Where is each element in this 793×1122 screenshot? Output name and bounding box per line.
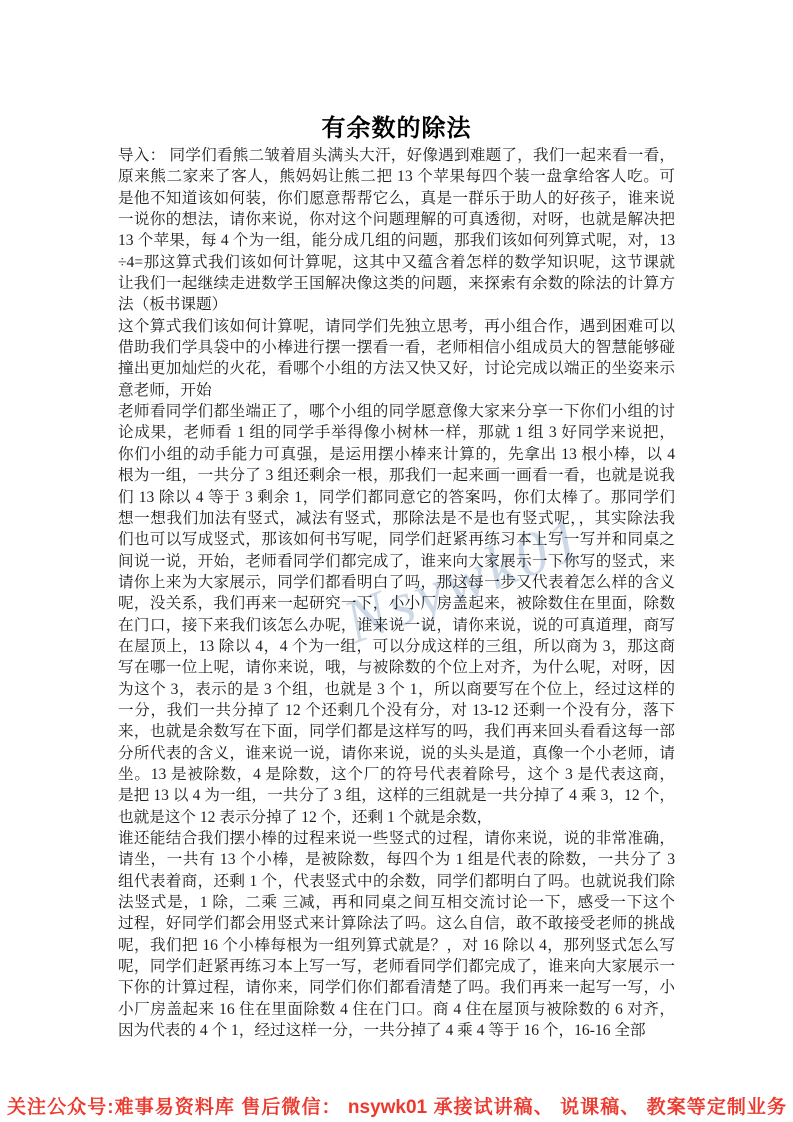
text-line: 13 个苹果，每 4 个为一组，能分成几组的问题，那我们该如何列算式呢，对，13 xyxy=(118,230,675,251)
text-line: 这个算式我们该如何计算呢，请同学们先独立思考，再小组合作，遇到困难可以 xyxy=(118,316,675,337)
text-line: 是他不知道该如何装，你们愿意帮帮它么，真是一群乐于助人的好孩子，谁来说 xyxy=(118,188,675,209)
footer-promo-text: 关注公众号:难事易资料库 售后微信： nsywk01 承接试讲稿、 说课稿、 教… xyxy=(7,1092,786,1119)
text-line: 是把 13 以 4 为一组，一共分了 3 组，这样的三组就是一共分掉了 4 乘 … xyxy=(118,785,675,806)
text-line: 坐。13 是被除数，4 是除数，这个厂的符号代表着除号，这个 3 是代表这商， xyxy=(118,764,675,785)
text-line: 呢，我们把 16 个小棒每根为一组列算式就是？，对 16 除以 4，那列竖式怎么… xyxy=(118,935,675,956)
text-line: 下你的计算过程，请你来，同学们你们都看清楚了吗。我们再来一起写一写，小 xyxy=(118,977,675,998)
text-line: 过程，好同学们都会用竖式来计算除法了吗。这么自信，敢不敢接受老师的挑战 xyxy=(118,913,675,934)
text-line: 呢，同学们赶紧再练习本上写一写，老师看同学们都完成了，谁来向大家展示一 xyxy=(118,956,675,977)
text-line: 请你上来为大家展示，同学们都看明白了吗，那这每一步又代表着怎么样的含义 xyxy=(118,572,675,593)
text-line: 导入： 同学们看熊二皱着眉头满头大汗，好像遇到难题了，我们一起来看一看， xyxy=(118,145,675,166)
paragraph: 老师看同学们都坐端正了，哪个小组的同学愿意像大家来分享一下你们小组的讨论成果，老… xyxy=(118,401,675,828)
text-line: 论成果，老师看 1 组的同学手举得像小树林一样，那就 1 组 3 好同学来说把， xyxy=(118,422,675,443)
text-line: 请坐，一共有 13 个小棒，是被除数，每四个为 1 组是代表的除数，一共分了 3 xyxy=(118,849,675,870)
text-line: 间说一说，开始，老师看同学们都完成了，谁来向大家展示一下你写的竖式，来 xyxy=(118,551,675,572)
page-title: 有余数的除法 xyxy=(0,108,793,143)
text-line: 为这个 3，表示的是 3 个组，也就是 3 个 1，所以商要写在个位上，经过这样… xyxy=(118,679,675,700)
text-line: 老师看同学们都坐端正了，哪个小组的同学愿意像大家来分享一下你们小组的讨 xyxy=(118,401,675,422)
text-line: 你们小组的动手能力可真强，是运用摆小棒来计算的，先拿出 13 根小棒，以 4 xyxy=(118,444,675,465)
paragraph: 谁还能结合我们摆小棒的过程来说一些竖式的过程，请你来说，说的非常准确，请坐，一共… xyxy=(118,828,675,1041)
paragraph: 这个算式我们该如何计算呢，请同学们先独立思考，再小组合作，遇到困难可以借助我们学… xyxy=(118,316,675,401)
text-line: 撞出更加灿烂的火花，看哪个小组的方法又快又好，讨论完成以端正的坐姿来示 xyxy=(118,358,675,379)
text-line: 们也可以写成竖式，那该如何书写呢，同学们赶紧再练习本上写一写并和同桌之 xyxy=(118,529,675,550)
text-line: 也就是这个 12 表示分掉了 12 个，还剩 1 个就是余数， xyxy=(118,807,675,828)
text-line: 法（板书课题） xyxy=(118,294,675,315)
text-line: 因为代表的 4 个 1，经过这样一分，一共分掉了 4 乘 4 等于 16 个，1… xyxy=(118,1020,675,1041)
document-page: Nsywk01 有余数的除法 导入： 同学们看熊二皱着眉头满头大汗，好像遇到难题… xyxy=(0,0,793,1122)
text-line: 写在哪一位上呢，请你来说，哦，与被除数的个位上对齐，为什么呢，对呀，因 xyxy=(118,657,675,678)
paragraph: 导入： 同学们看熊二皱着眉头满头大汗，好像遇到难题了，我们一起来看一看，原来熊二… xyxy=(118,145,675,316)
text-line: 让我们一起继续走进数学王国解决像这类的问题，来探索有余数的除法的计算方 xyxy=(118,273,675,294)
text-line: 法竖式是，1 除，二乘 三减，再和同桌之间互相交流讨论一下，感受一下这个 xyxy=(118,892,675,913)
text-line: 分所代表的含义，谁来说一说，请你来说，说的头头是道，真像一个小老师，请 xyxy=(118,743,675,764)
text-line: 呢，没关系，我们再来一起研究一下，小小厂房盖起来，被除数住在里面，除数 xyxy=(118,593,675,614)
text-line: 借助我们学具袋中的小棒进行摆一摆看一看，老师相信小组成员大的智慧能够碰 xyxy=(118,337,675,358)
text-line: 们 13 除以 4 等于 3 剩余 1，同学们都同意它的答案吗，你们太棒了。那同… xyxy=(118,487,675,508)
text-line: 来，也就是余数写在下面，同学们都是这样写的吗，我们再来回头看看这每一部 xyxy=(118,721,675,742)
document-body: 导入： 同学们看熊二皱着眉头满头大汗，好像遇到难题了，我们一起来看一看，原来熊二… xyxy=(118,145,675,1041)
text-line: 意老师，开始 xyxy=(118,380,675,401)
text-line: 在屋顶上，13 除以 4，4 个为一组，可以分成这样的三组，所以商为 3，那这商 xyxy=(118,636,675,657)
footer-banner: 关注公众号:难事易资料库 售后微信： nsywk01 承接试讲稿、 说课稿、 教… xyxy=(0,1092,793,1119)
text-line: ÷4=那这算式我们该如何计算呢，这其中又蕴含着怎样的数学知识呢，这节课就 xyxy=(118,252,675,273)
text-line: 一说你的想法，请你来说，你对这个问题理解的可真透彻，对呀，也就是解决把 xyxy=(118,209,675,230)
text-line: 原来熊二家来了客人，熊妈妈让熊二把 13 个苹果每四个装一盘拿给客人吃。可 xyxy=(118,166,675,187)
text-line: 谁还能结合我们摆小棒的过程来说一些竖式的过程，请你来说，说的非常准确， xyxy=(118,828,675,849)
text-line: 小厂房盖起来 16 住在里面除数 4 住在门口。商 4 住在屋顶与被除数的 6 … xyxy=(118,999,675,1020)
text-line: 在门口，接下来我们该怎么办呢，谁来说一说，请你来说，说的可真道理，商写 xyxy=(118,615,675,636)
text-line: 一分，我们一共分掉了 12 个还剩几个没有分，对 13-12 还剩一个没有分，落… xyxy=(118,700,675,721)
text-line: 组代表着商，还剩 1 个，代表竖式中的余数，同学们都明白了吗。也就说我们除 xyxy=(118,871,675,892)
text-line: 想一想我们加法有竖式，减法有竖式，那除法是不是也有竖式呢，，其实除法我 xyxy=(118,508,675,529)
text-line: 根为一组，一共分了 3 组还剩余一根，那我们一起来画一画看一看，也就是说我 xyxy=(118,465,675,486)
